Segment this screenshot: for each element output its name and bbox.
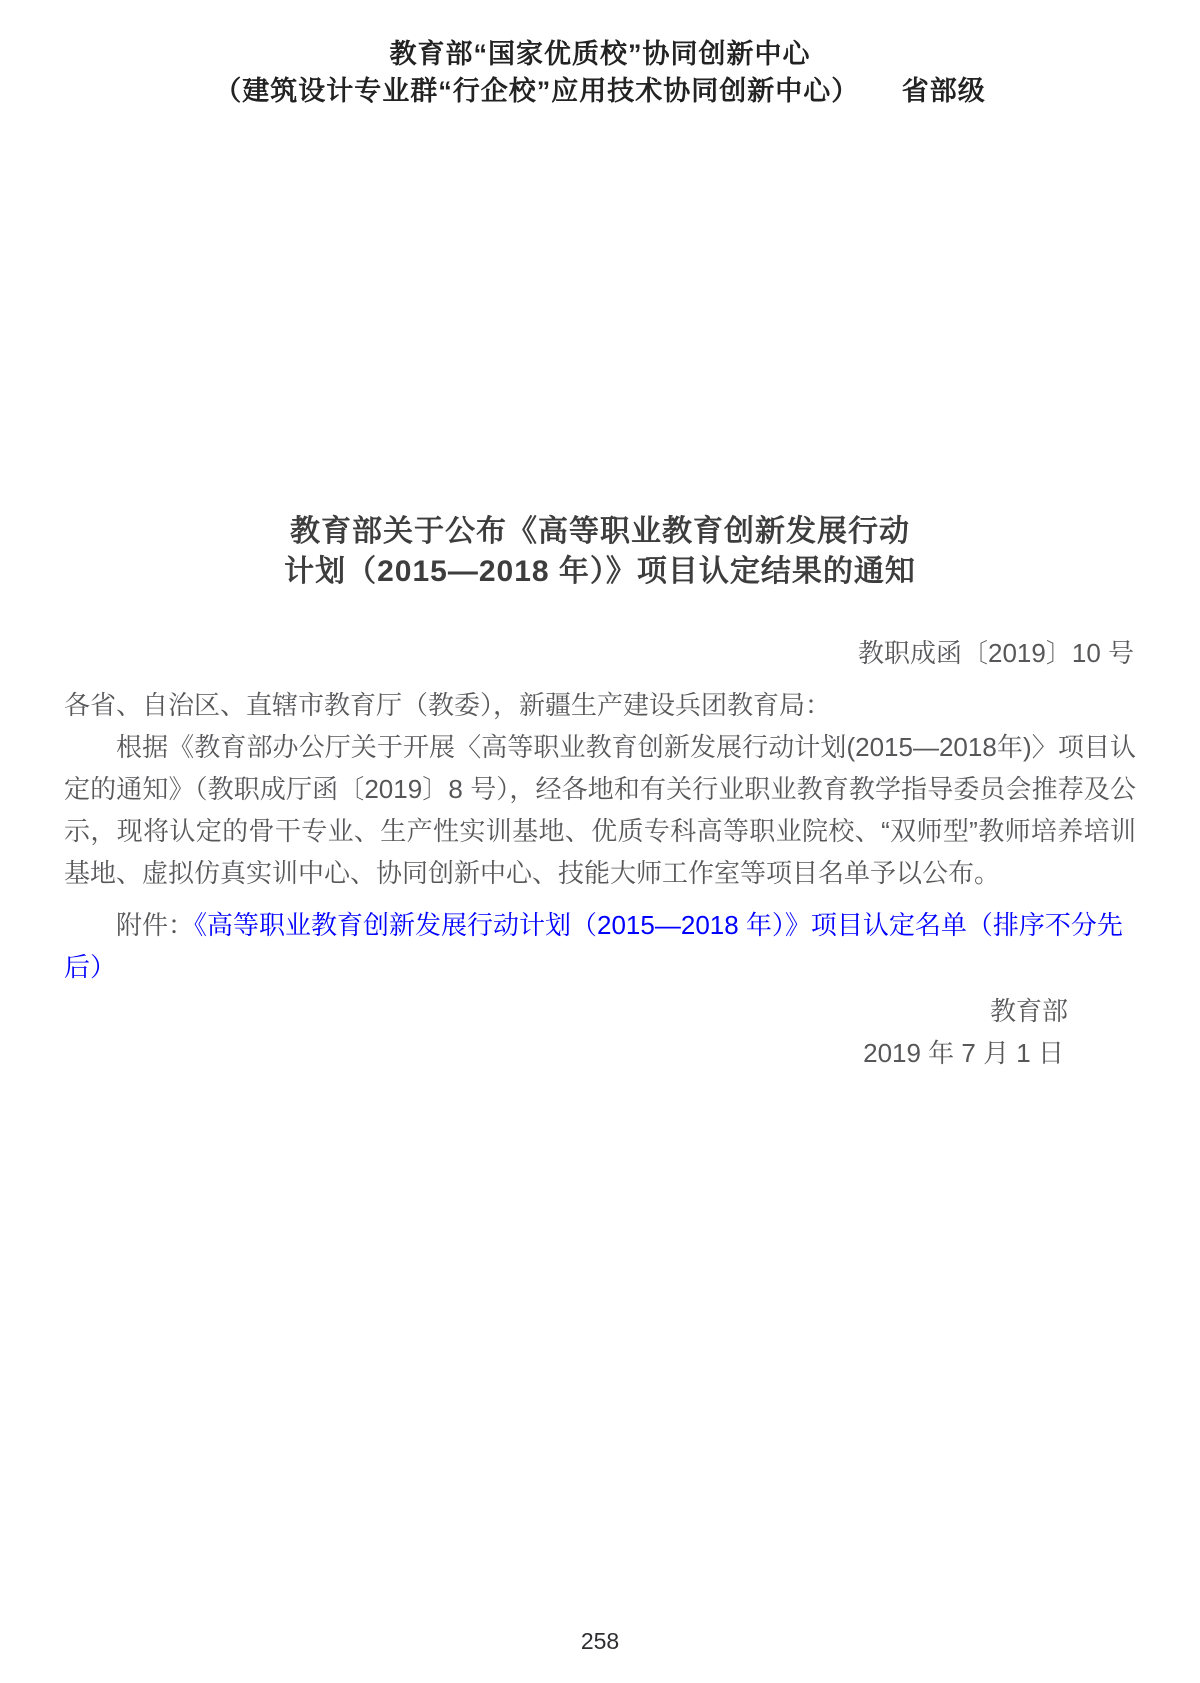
document-title: 教育部关于公布《高等职业教育创新发展行动 计划（2015—2018 年）》项目认… bbox=[0, 512, 1200, 592]
attachment-link[interactable]: 《高等职业教育创新发展行动计划（2015—2018 年）》项目认定名单（排序不分… bbox=[64, 910, 1123, 982]
attachment-label: 附件： bbox=[116, 910, 194, 940]
salutation: 各省、自治区、直辖市教育厅（教委），新疆生产建设兵团教育局： bbox=[64, 684, 1136, 726]
document-body: 各省、自治区、直辖市教育厅（教委），新疆生产建设兵团教育局： 根据《教育部办公厅… bbox=[0, 684, 1200, 1074]
sign-date: 2019 年 7 月 1 日 bbox=[64, 1032, 1136, 1074]
title-line1: 教育部关于公布《高等职业教育创新发展行动 bbox=[290, 515, 910, 548]
document-number: 教职成函〔2019〕10 号 bbox=[0, 632, 1200, 674]
header-line1: 教育部“国家优质校”协同创新中心 bbox=[0, 36, 1200, 73]
title-line2: 计划（2015—2018 年）》项目认定结果的通知 bbox=[284, 555, 916, 588]
page-number: 258 bbox=[0, 1628, 1200, 1655]
header-line2: （建筑设计专业群“行企校”应用技术协同创新中心） 省部级 bbox=[0, 73, 1200, 110]
attachment-line: 附件：《高等职业教育创新发展行动计划（2015—2018 年）》项目认定名单（排… bbox=[64, 904, 1136, 988]
signer: 教育部 bbox=[64, 990, 1136, 1032]
body-paragraph: 根据《教育部办公厅关于开展〈高等职业教育创新发展行动计划(2015—2018年)… bbox=[64, 726, 1136, 894]
document-header: 教育部“国家优质校”协同创新中心 （建筑设计专业群“行企校”应用技术协同创新中心… bbox=[0, 0, 1200, 110]
document-page: 教育部“国家优质校”协同创新中心 （建筑设计专业群“行企校”应用技术协同创新中心… bbox=[0, 0, 1200, 1683]
